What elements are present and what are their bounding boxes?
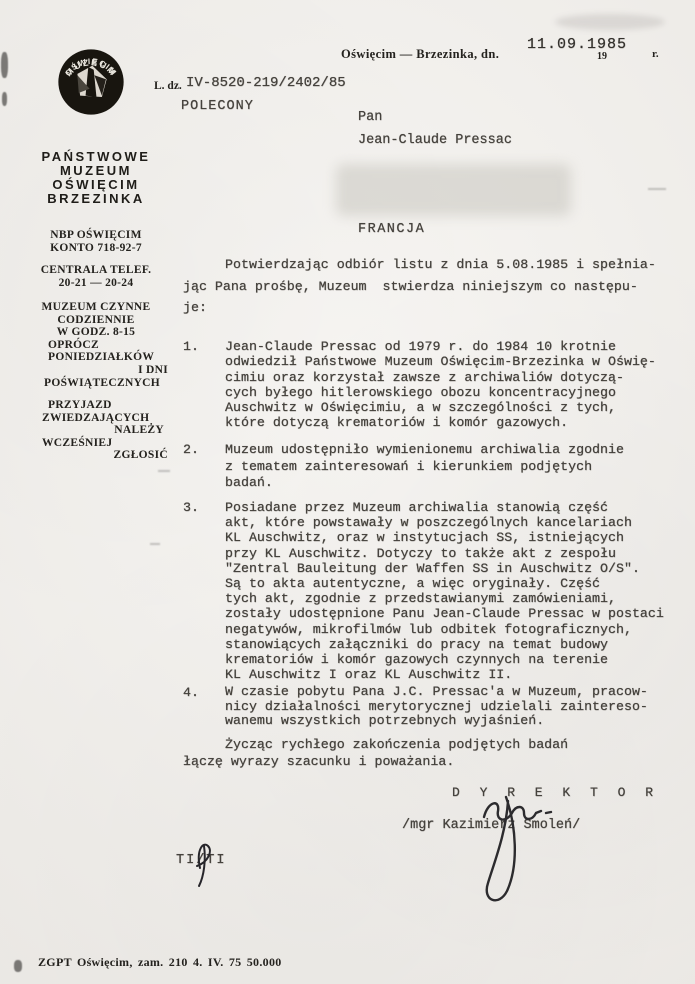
body-line: W czasie pobytu Pana J.C. Pressac'a w Mu… <box>225 685 688 700</box>
body-line: negatywów, mikrofilmów lub odbitek fotog… <box>225 622 688 637</box>
addressee-country: FRANCJA <box>358 222 425 237</box>
body-line: przy KL Auschwitz. Dotyczy to także akt … <box>225 546 688 561</box>
scan-dash <box>150 543 160 545</box>
visit-line: PRZYJAZD <box>18 399 174 412</box>
scan-speck <box>14 960 22 972</box>
visit-line: WCZEŚNIEJ <box>18 437 174 450</box>
body-line: wanemu wszystkich potrzebnych wyjaśnień. <box>225 714 688 729</box>
printed-year-suffix: r. <box>652 48 659 60</box>
body-line: Życząc rychłego zakończenia podjętych ba… <box>183 737 683 754</box>
hours-line: I DNI <box>18 364 174 377</box>
printed-year-prefix: 19 <box>597 51 607 62</box>
museum-name-line: BRZEZINKA <box>18 192 174 206</box>
hours-line: PONIEDZIAŁKÓW <box>18 351 174 364</box>
body-line: "Zentral Bauleitung der Waffen SS in Aus… <box>225 561 688 576</box>
erased-address-area <box>336 164 571 216</box>
body-line: odwiedził Państwowe Muzeum Oświęcim-Brze… <box>225 354 688 369</box>
body-line: łączę wyrazy szacunku i poważania. <box>183 754 683 771</box>
addressee-salutation: Pan <box>358 110 382 125</box>
item-number: 2. <box>183 442 199 457</box>
scan-dash <box>648 188 666 190</box>
list-item-4: 4. W czasie pobytu Pana J.C. Pressac'a w… <box>183 685 688 729</box>
body-line: Są to akta autentyczne, a więc oryginały… <box>225 576 688 591</box>
visit-notice-block: PRZYJAZD ZWIEDZAJĄCYCH NALEŻY WCZEŚNIEJ … <box>18 399 174 462</box>
body-line: cych byłego hitlerowskiego obozu koncent… <box>225 385 688 400</box>
visit-line: ZWIEDZAJĄCYCH <box>18 412 174 425</box>
opening-hours-block: MUZEUM CZYNNE CODZIENNIE W GODZ. 8-15 OP… <box>18 301 174 389</box>
body-line: badań. <box>225 475 688 492</box>
body-line: jąc Pana prośbę, Muzeum stwierdza niniej… <box>183 276 683 298</box>
item-number: 4. <box>183 685 199 700</box>
body-line: które dotyczą krematoriów i komór gazowy… <box>225 415 688 430</box>
printer-imprint: ZGPT Oświęcim, zam. 210 4. IV. 75 50.000 <box>38 955 282 970</box>
museum-name-line: PAŃSTWOWE <box>18 150 174 164</box>
body-line: Auschwitz w Oświęcimiu, a w szczególnośc… <box>225 400 688 415</box>
body-line: KL Auschwitz I oraz KL Auschwitz II. <box>225 667 688 682</box>
museum-seal-icon: MUZEUM OŚWIĘCIM <box>57 48 125 116</box>
scan-speck <box>2 92 7 106</box>
phone-block: CENTRALA TELEF. 20-21 — 20-24 <box>18 264 174 289</box>
body-line: tych akt, zgodnie z przedstawianymi zamó… <box>225 591 688 606</box>
item-number: 3. <box>183 500 199 515</box>
hours-line: W GODZ. 8-15 <box>18 326 174 339</box>
reference-number: IV-8520-219/2402/85 <box>186 75 346 91</box>
intro-paragraph: Potwierdzając odbiór listu z dnia 5.08.1… <box>183 254 683 319</box>
visit-line: NALEŻY <box>18 424 174 437</box>
body-line: je: <box>183 297 683 319</box>
place-date-label: Oświęcim — Brzezinka, dn. <box>341 47 499 62</box>
phone-line: CENTRALA TELEF. <box>18 264 174 277</box>
typed-date: 11.09.1985 <box>527 36 627 53</box>
museum-name: PAŃSTWOWE MUZEUM OŚWIĘCIM BRZEZINKA <box>18 150 174 206</box>
addressee-name: Jean-Claude Pressac <box>358 133 512 148</box>
registered-mail-label: POLECONY <box>181 99 254 114</box>
body-line: stanowiących załączniki do pracy na tema… <box>225 637 688 652</box>
body-line: Jean-Claude Pressac od 1979 r. do 1984 1… <box>225 339 688 354</box>
phone-line: 20-21 — 20-24 <box>18 277 174 290</box>
bank-line: NBP OŚWIĘCIM <box>18 229 174 242</box>
list-item-3: 3. Posiadane przez Muzeum archiwalia sta… <box>183 500 688 682</box>
scan-dash <box>158 470 170 472</box>
body-line: z tematem zainteresowań i kierunkiem pod… <box>225 459 688 476</box>
body-line: cimiu oraz korzystał zawsze z archiwalió… <box>225 370 688 385</box>
scan-smudge <box>555 14 665 30</box>
reference-label: L. dz. <box>154 80 182 92</box>
bank-account-block: NBP OŚWIĘCIM KONTO 718-92-7 <box>18 229 174 254</box>
scan-speck <box>1 52 8 78</box>
body-line: nicy działalności merytorycznej udzielal… <box>225 700 688 715</box>
list-item-2: 2. Muzeum udostępniło wymienionemu archi… <box>183 442 688 492</box>
hours-line: CODZIENNIE <box>18 314 174 327</box>
body-line: Potwierdzając odbiór listu z dnia 5.08.1… <box>183 254 683 276</box>
hours-line: OPRÓCZ <box>18 339 174 352</box>
list-item-1: 1. Jean-Claude Pressac od 1979 r. do 198… <box>183 339 688 431</box>
museum-name-line: OŚWIĘCIM <box>18 178 174 192</box>
body-line: KL Auschwitz, oraz w instytucjach SS, is… <box>225 530 688 545</box>
bank-line: KONTO 718-92-7 <box>18 242 174 255</box>
body-line: Muzeum udostępniło wymienionemu archiwal… <box>225 442 688 459</box>
closing-paragraph: Życząc rychłego zakończenia podjętych ba… <box>183 737 683 770</box>
visit-line: ZGŁOSIĆ <box>18 449 174 462</box>
body-line: krematoriów i komór gazowych czynnych na… <box>225 652 688 667</box>
body-line: akt, które powstawały w poszczególnych k… <box>225 515 688 530</box>
body-line: Posiadane przez Muzeum archiwalia stanow… <box>225 500 688 515</box>
handwritten-signature-icon <box>462 791 562 911</box>
museum-name-line: MUZEUM <box>18 164 174 178</box>
item-number: 1. <box>183 339 199 354</box>
scanned-letter-page: MUZEUM OŚWIĘCIM PAŃSTWOWE MUZEUM OŚWIĘCI… <box>0 0 695 984</box>
body-line: zostały udostępnione Panu Jean-Claude Pr… <box>225 606 688 621</box>
hours-line: POŚWIĄTECZNYCH <box>18 377 174 390</box>
pen-mark-icon <box>188 838 220 890</box>
hours-line: MUZEUM CZYNNE <box>18 301 174 314</box>
